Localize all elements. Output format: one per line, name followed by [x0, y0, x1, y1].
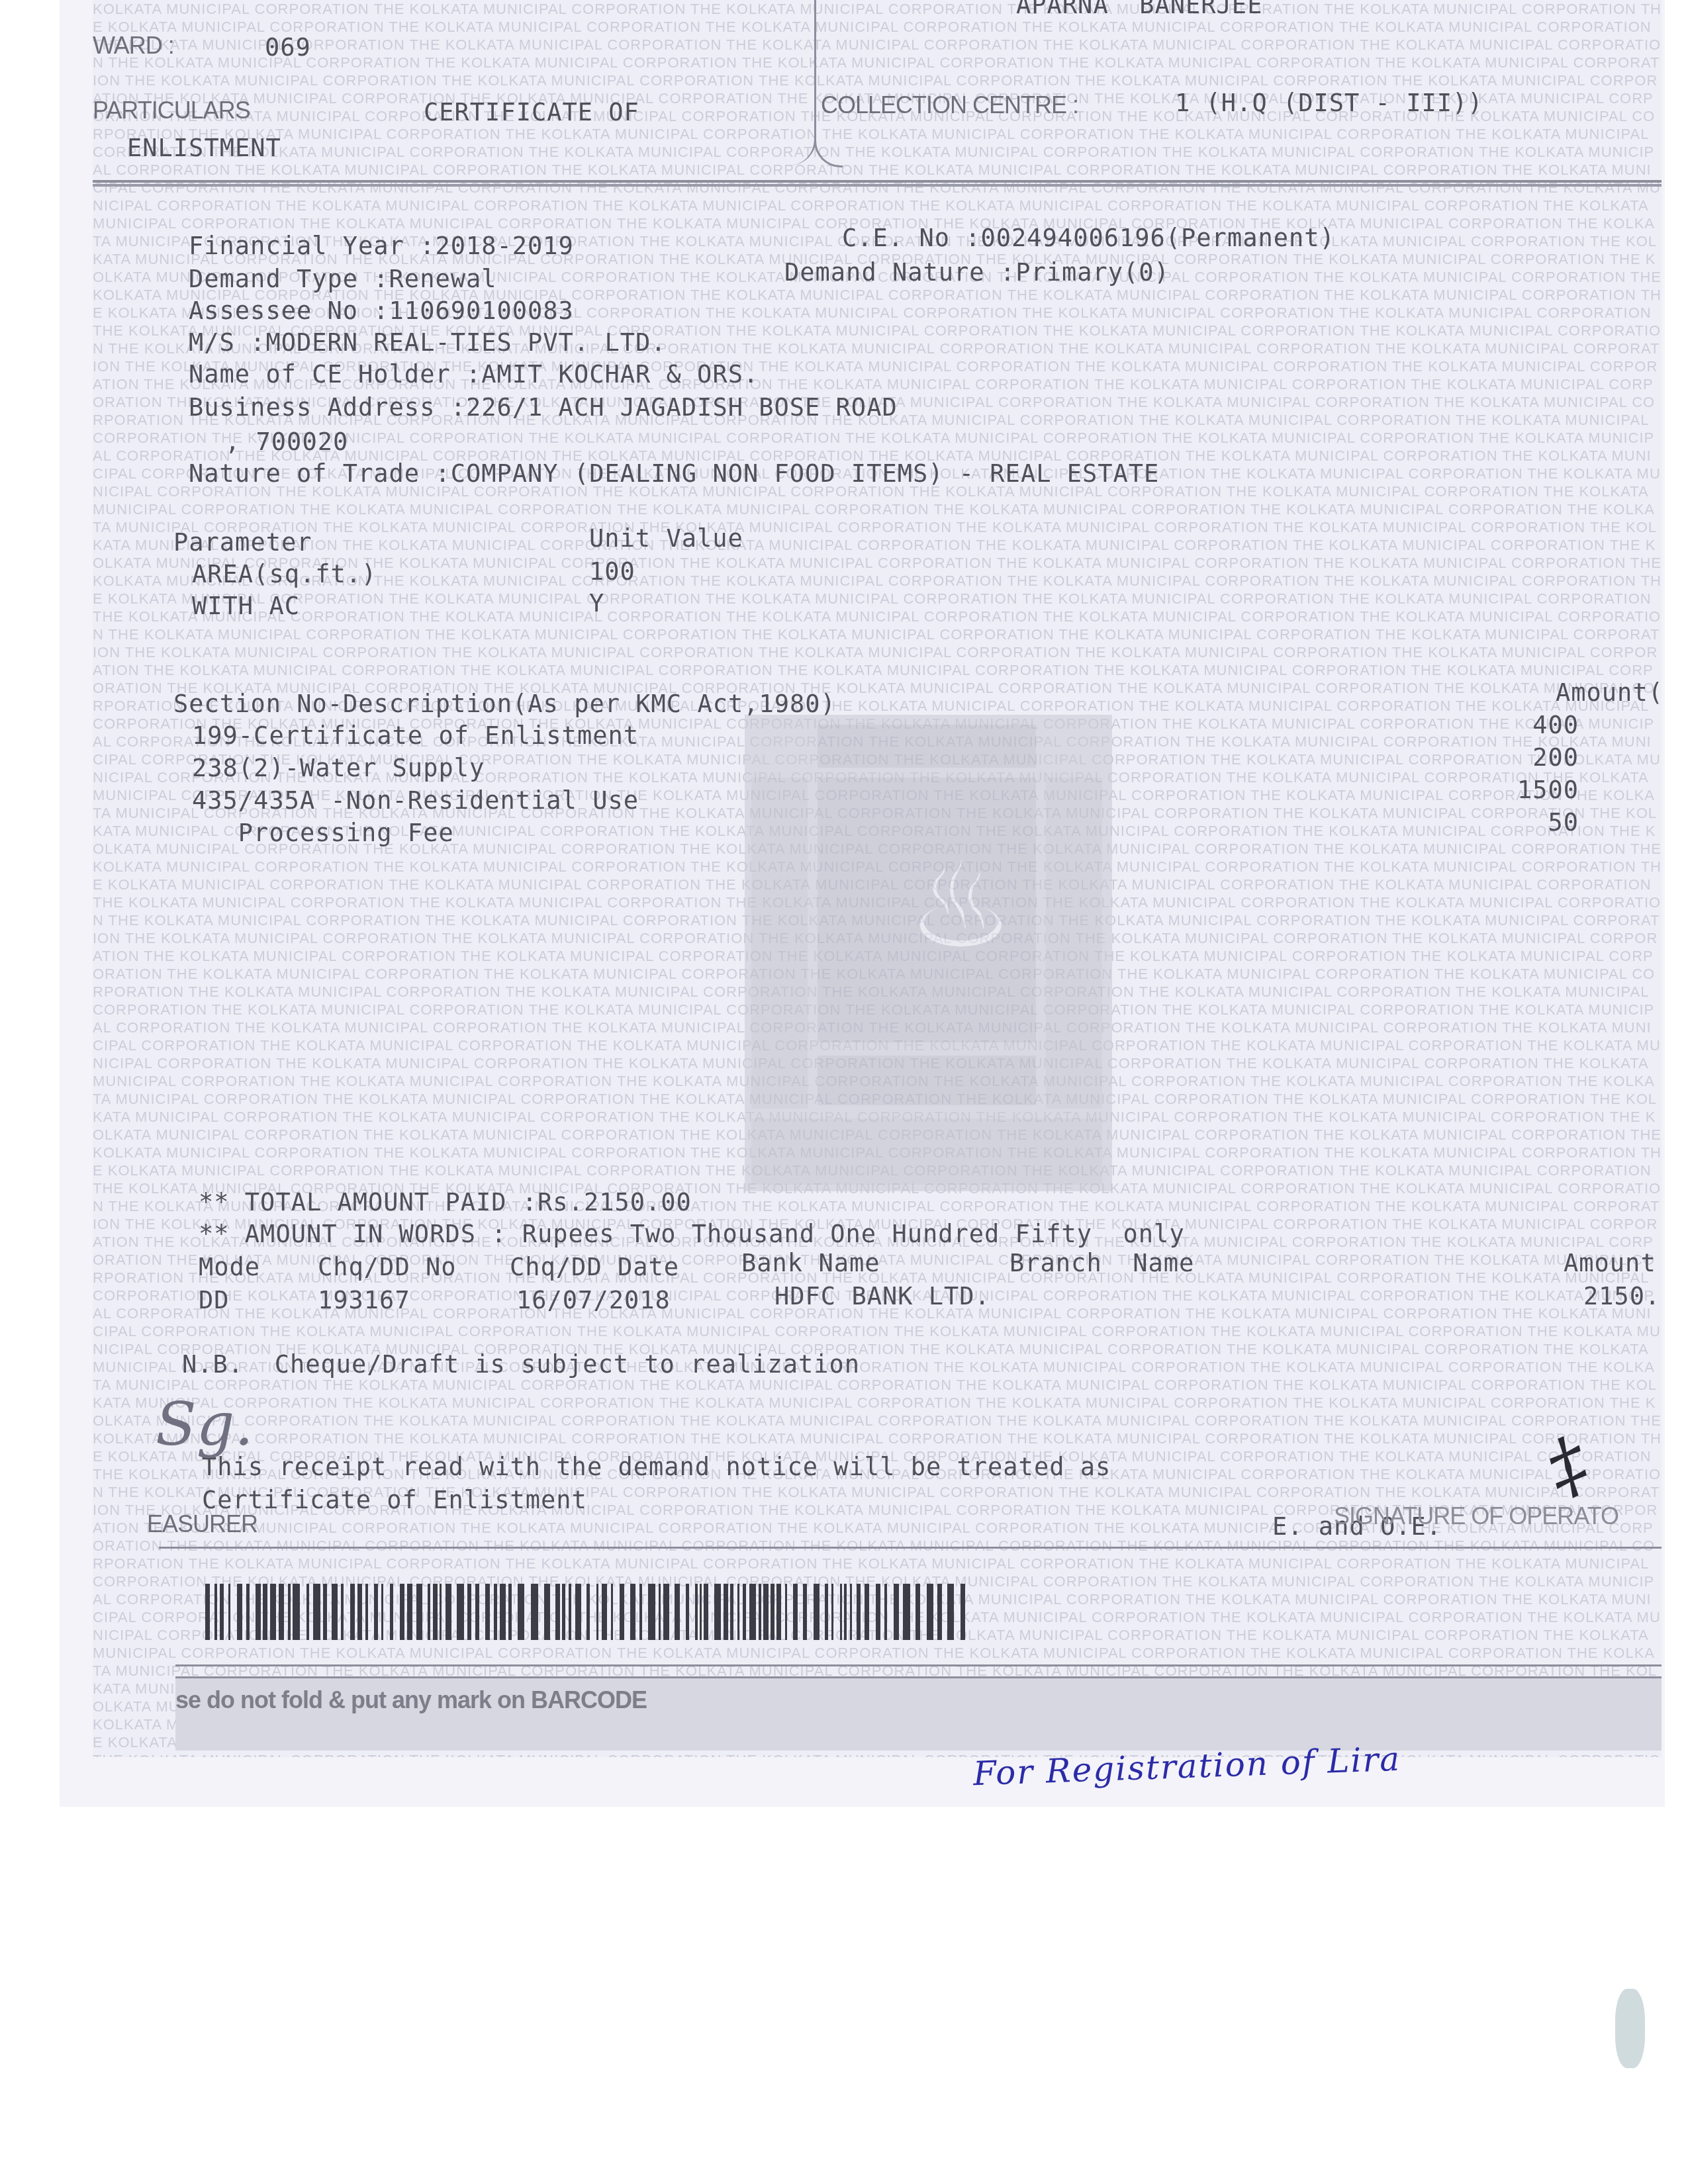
ms-company: M/S :MODERN REAL-TIES PVT. LTD. [189, 328, 667, 357]
parameter-name: AREA(sq.ft.) [192, 560, 377, 588]
charge-description: 435/435A -Non-Residential Use [192, 786, 639, 815]
barcode-rule-bottom [175, 1676, 1662, 1678]
payment-header: Mode [199, 1253, 260, 1281]
financial-year: Financial Year :2018-2019 [189, 232, 574, 260]
nb-note: N.B. Cheque/Draft is subject to realizat… [182, 1350, 860, 1379]
payment-bank: HDFC BANK LTD. [774, 1282, 990, 1310]
particulars-label: PARTICULARS [93, 97, 250, 124]
charge-description: 199-Certificate of Enlistment [192, 721, 639, 750]
parameter-value: Y [589, 589, 604, 617]
charge-amount: 200 [1532, 743, 1579, 772]
kmc-emblem-watermark: ♨ [745, 715, 1112, 1191]
assessee-number: Assessee No :110690100083 [189, 296, 574, 325]
payment-chq-no: 193167 [318, 1286, 410, 1314]
business-address: Business Address :226/1 ACH JAGADISH BOS… [189, 393, 898, 422]
particulars-value-line2: ENLISTMENT [127, 134, 281, 162]
nature-of-trade: Nature of Trade :COMPANY (DEALING NON FO… [189, 459, 1159, 488]
business-address-pin: , 700020 [225, 428, 348, 456]
signature-rule [159, 1547, 1662, 1549]
charge-amount: 400 [1532, 711, 1579, 739]
charge-amount: 1500 [1517, 776, 1579, 804]
payment-header: Chq/DD Date [510, 1253, 679, 1281]
treasurer-label: EASURER [147, 1510, 258, 1538]
payment-header: Amount [1564, 1249, 1656, 1277]
demand-type: Demand Type :Renewal [189, 265, 497, 293]
amount-header: Amount(R [1556, 678, 1679, 707]
ward-label: WARD : [93, 32, 174, 60]
charge-description: 238(2)-Water Supply [192, 754, 485, 782]
flame-icon: ♨ [917, 824, 950, 970]
receipt-note-line2: Certificate of Enlistment [202, 1486, 587, 1514]
charge-description: Processing Fee [192, 819, 454, 847]
barcode-warning: se do not fold & put any mark on BARCODE [175, 1686, 647, 1714]
payment-chq-date: 16/07/2018 [516, 1286, 671, 1314]
parameter-value: 100 [589, 557, 635, 586]
total-amount-paid: ** TOTAL AMOUNT PAID :Rs.2150.00 [199, 1188, 692, 1216]
collector-name: APARNA BANERJEE [1016, 0, 1262, 19]
ward-value: 069 [265, 33, 311, 62]
ce-number: C.E. No :002494006196(Permanent) [842, 224, 1335, 252]
payment-amount: 2150. [1583, 1282, 1660, 1310]
amount-in-words: ** AMOUNT IN WORDS : Rupees Two Thousand… [199, 1220, 1185, 1248]
ink-stain [1615, 1989, 1645, 2068]
demand-nature: Demand Nature :Primary(0) [784, 258, 1170, 287]
barcode [205, 1584, 973, 1640]
header-rule [93, 184, 1662, 187]
charge-amount: 50 [1548, 808, 1579, 837]
ce-holder: Name of CE Holder :AMIT KOCHAR & ORS. [189, 360, 759, 388]
collection-centre-value: 1 (H.Q (DIST - III)) [1175, 89, 1483, 117]
charges-header: Section No-Description(As per KMC Act,19… [173, 690, 836, 718]
payment-header: Chq/DD No [318, 1253, 456, 1281]
treasurer-signature: Sg. [156, 1390, 254, 1459]
barcode-rule-top [175, 1664, 1662, 1666]
receipt-note-line1: This receipt read with the demand notice… [202, 1453, 1111, 1481]
unit-value-header: Unit Value [589, 524, 743, 553]
page-edge [1665, 0, 1688, 1813]
header-divider [788, 0, 816, 165]
particulars-value-line1: CERTIFICATE OF [424, 98, 639, 126]
payment-mode: DD [199, 1286, 230, 1314]
collection-centre-label: COLLECTION CENTRE : [821, 91, 1078, 119]
parameter-name: WITH AC [192, 592, 300, 620]
payment-header: Bank Name [741, 1249, 880, 1277]
payment-header: Branch Name [1009, 1249, 1194, 1277]
parameter-header: Parameter [173, 528, 312, 557]
